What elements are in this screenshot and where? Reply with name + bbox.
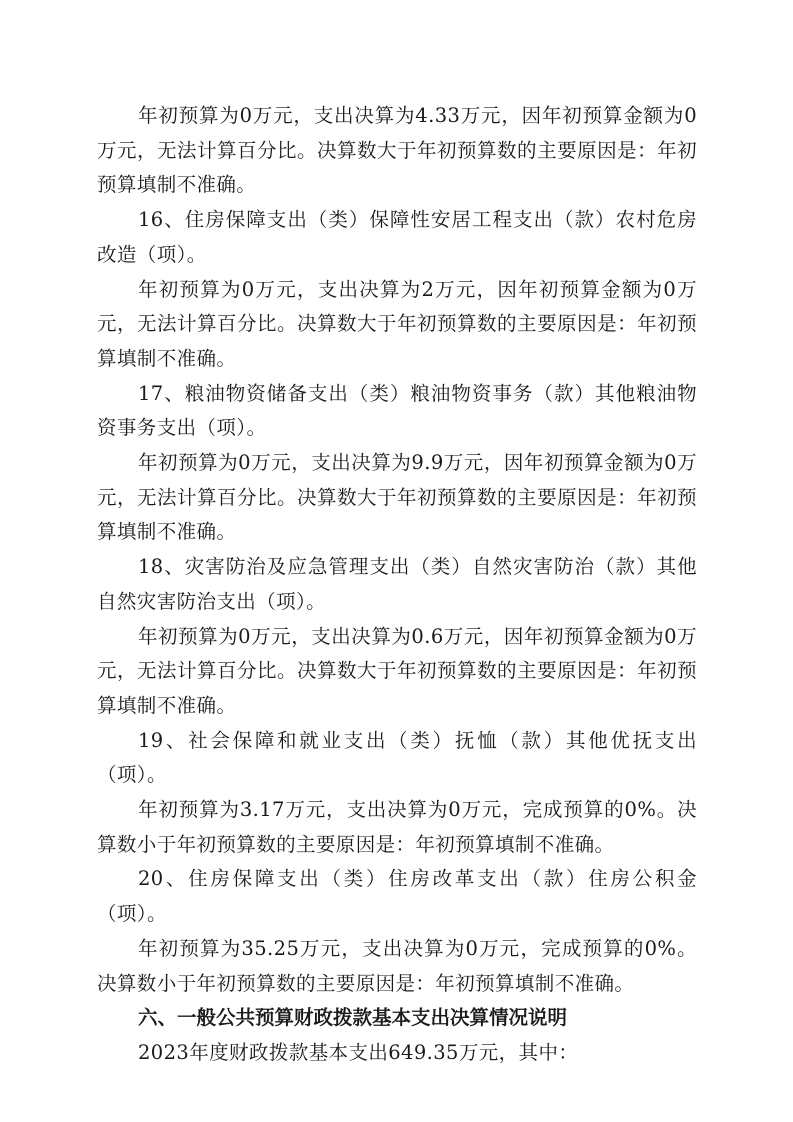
paragraph-item19-explanation: 年初预算为3.17万元，支出决算为0万元，完成预算的0%。决算数小于年初预算数的…: [97, 793, 697, 862]
paragraph-item17-explanation: 年初预算为0万元，支出决算为9.9万元，因年初预算金额为0万元，无法计算百分比。…: [97, 446, 697, 550]
document-page: 年初预算为0万元，支出决算为4.33万元，因年初预算金额为0万元，无法计算百分比…: [97, 99, 697, 1071]
item-18-heading: 18、灾害防治及应急管理支出（类）自然灾害防治（款）其他自然灾害防治支出（项）。: [97, 550, 697, 619]
section-six-heading: 六、一般公共预算财政拨款基本支出决算情况说明: [97, 1001, 697, 1036]
paragraph-item18-explanation: 年初预算为0万元，支出决算为0.6万元，因年初预算金额为0万元，无法计算百分比。…: [97, 620, 697, 724]
paragraph-item15-explanation: 年初预算为0万元，支出决算为4.33万元，因年初预算金额为0万元，无法计算百分比…: [97, 99, 697, 203]
item-16-heading: 16、住房保障支出（类）保障性安居工程支出（款）农村危房改造（项）。: [97, 203, 697, 272]
item-19-heading: 19、社会保障和就业支出（类）抚恤（款）其他优抚支出（项）。: [97, 724, 697, 793]
paragraph-item20-explanation: 年初预算为35.25万元，支出决算为0万元，完成预算的0%。决算数小于年初预算数…: [97, 932, 697, 1001]
paragraph-item16-explanation: 年初预算为0万元，支出决算为2万元，因年初预算金额为0万元，无法计算百分比。决算…: [97, 273, 697, 377]
paragraph-basic-expenditure-summary: 2023年度财政拨款基本支出649.35万元，其中：: [97, 1036, 697, 1071]
item-17-heading: 17、粮油物资储备支出（类）粮油物资事务（款）其他粮油物资事务支出（项）。: [97, 377, 697, 446]
item-20-heading: 20、住房保障支出（类）住房改革支出（款）住房公积金（项）。: [97, 862, 697, 931]
